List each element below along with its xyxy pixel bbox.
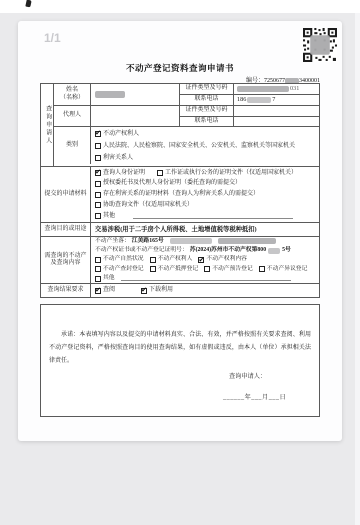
cert-value-suffix: 031: [290, 85, 299, 92]
category-option: ✔ 不动产权利人: [95, 128, 315, 140]
checkbox-checked-icon: ✔: [141, 288, 147, 294]
category-label-cell: 类别: [54, 127, 91, 164]
name-label-line1: 姓名: [66, 87, 78, 94]
checkbox-icon: [95, 276, 101, 282]
material-option: ✔ 查询人身份证明: [95, 168, 145, 179]
location-value: 江美路165号: [132, 237, 164, 246]
cert-no-suffix: 5号: [282, 246, 291, 255]
cert-value-cell: 031: [234, 84, 319, 94]
cert-no-label: 不动产权证书或不动产登记证明号：: [95, 246, 188, 255]
checkbox-checked-icon: ✔: [95, 288, 101, 294]
checkbox-icon: [95, 257, 101, 263]
option-label: 不动产权利人: [103, 128, 139, 140]
agent-phone-value-cell: [234, 117, 319, 127]
result-section: 查询结果要求 ✔ 查阅 ✔ 下载利用: [41, 283, 319, 297]
phone-suffix: 7: [272, 96, 275, 103]
option-label: 其他: [103, 274, 115, 283]
applicant-side-label: 查询申请人: [43, 105, 50, 145]
category-option: 利害关系人: [95, 152, 315, 164]
agent-cert-type-label: 证件类型及号码: [180, 106, 234, 116]
checkbox-icon: [150, 266, 156, 272]
redaction-blur: [95, 91, 125, 98]
category-label: 类别: [66, 142, 78, 149]
checkbox-icon: [95, 202, 101, 208]
checkbox-checked-icon: ✔: [95, 170, 101, 176]
name-label-line2: （名称）: [60, 95, 84, 102]
page-indicator: 1/1: [44, 31, 61, 45]
result-option: ✔ 查阅: [95, 287, 115, 294]
option-label: 利害关系人: [103, 152, 133, 164]
agent-label-cell: 代理人: [54, 106, 91, 126]
date-line: ______年___月___日: [223, 392, 286, 401]
qr-code-icon: [303, 28, 337, 62]
category-row: 类别 ✔ 不动产权利人 人民法院、人民检察院、国家安全机关、公安机关、监察机关等…: [54, 126, 319, 164]
option-label: 人民法院、人民检察院、国家安全机关、公安机关、监察机关等国家机关: [103, 140, 295, 152]
agent-cert-value-cell: [234, 106, 319, 116]
form-table: 查询申请人 姓名 （名称） 证件类型及号码: [40, 83, 320, 298]
checkbox-icon: [95, 266, 101, 272]
option-label: 不动产自然状况: [103, 255, 144, 264]
redaction-blur: [237, 86, 289, 92]
name-row: 姓名 （名称） 证件类型及号码 031: [54, 84, 319, 105]
result-label: 查询结果要求: [41, 284, 91, 297]
phone-label: 联系电话: [180, 95, 234, 105]
checkbox-icon: [95, 143, 101, 149]
query-content-option: ✔ 不动产权利内容: [198, 255, 247, 264]
redaction-blur: [268, 248, 280, 254]
query-content-option: 不动产异议登记: [259, 265, 308, 274]
name-value-cell: [91, 84, 179, 105]
materials-label: 提交的申请材料: [41, 167, 91, 222]
agent-value-cell: [91, 106, 179, 126]
phone-value-cell: 1867: [234, 95, 319, 105]
checkbox-icon: [204, 266, 210, 272]
result-option: ✔ 下载利用: [141, 287, 173, 294]
checkbox-icon: [157, 170, 163, 176]
option-label: 存在利害关系的证明材料（查询人为利害关系人的需提交）: [103, 189, 259, 200]
query-content-option: 不动产自然状况: [95, 255, 144, 264]
material-option: 授权委托书及代理人身份证明（委托查询的需提交）: [95, 178, 241, 189]
agent-label: 代理人: [63, 112, 81, 119]
option-label: 不动产预告登记: [212, 265, 253, 274]
checkbox-icon: [95, 155, 101, 161]
phone-prefix: 186: [237, 96, 246, 103]
checkbox-checked-icon: ✔: [198, 257, 204, 263]
option-label: 不动产权利人: [158, 255, 193, 264]
option-label: 下载利用: [149, 287, 173, 294]
document-page: 1/1 不动产登记资料查询申请书 编号：72506773400001: [18, 21, 342, 441]
category-option: 人民法院、人民检察院、国家安全机关、公安机关、监察机关等国家机关: [95, 140, 315, 152]
signer-label: 查询申请人：: [229, 371, 266, 380]
redaction-blur: [218, 238, 276, 244]
purpose-label: 查询目的或用途: [41, 223, 91, 236]
cert-type-label: 证件类型及号码: [180, 84, 234, 94]
option-label: 不动产查封登记: [103, 265, 144, 274]
material-option: 其他: [95, 211, 115, 222]
materials-section: 提交的申请材料 ✔ 查询人身份证明 工作证或执行公务的证明文件（仅适用国家机关）: [41, 166, 319, 222]
commitment-box: 承诺：本表填写内容以及提交的申请材料真实、合法、有效，并严格按照有关要求查阅、利…: [40, 304, 320, 417]
checkbox-icon: [95, 192, 101, 198]
option-label: 工作证或执行公务的证明文件（仅适用国家机关）: [165, 168, 297, 179]
checkbox-icon: [95, 181, 101, 187]
option-label: 协助查询文件（仅适用国家机关）: [103, 200, 193, 211]
purpose-section: 查询目的或用途 交易涉税(用于二手房个人所得税、土地增值税等税种抵扣): [41, 222, 319, 236]
redaction-blur: [170, 238, 212, 244]
option-label: 不动产异议登记: [267, 265, 308, 274]
blank-underline: [121, 276, 291, 281]
applicant-section: 查询申请人 姓名 （名称） 证件类型及号码: [41, 84, 319, 166]
option-label: 不动产权利内容: [206, 255, 247, 264]
option-label: 查阅: [103, 287, 115, 294]
applicant-side-header: 查询申请人: [41, 84, 54, 166]
option-label: 不动产抵押登记: [158, 265, 199, 274]
checkbox-checked-icon: ✔: [95, 131, 101, 137]
location-label: 不动产坐落：: [95, 237, 130, 246]
redaction-blur: [247, 97, 271, 103]
cert-no-prefix: 苏(2024)苏州市不动产权第800: [190, 246, 266, 255]
checkbox-icon: [259, 266, 265, 272]
query-content-option: 不动产预告登记: [204, 265, 253, 274]
viewer-edge-strip: [355, 13, 360, 525]
checkbox-icon: [150, 257, 156, 263]
top-bar: [0, 0, 360, 13]
material-option: 工作证或执行公务的证明文件（仅适用国家机关）: [157, 168, 297, 179]
option-label: 查询人身份证明: [103, 168, 145, 179]
page-title: 不动产登记资料查询申请书: [18, 62, 342, 74]
option-label: 授权委托书及代理人身份证明（委托查询的需提交）: [103, 178, 241, 189]
property-label: 需查询的不动产及查询内容: [41, 237, 91, 283]
document-viewer[interactable]: 1/1 不动产登记资料查询申请书 编号：72506773400001: [0, 13, 360, 525]
query-content-option: 不动产权利人: [150, 255, 193, 264]
purpose-value: 交易涉税(用于二手房个人所得税、土地增值税等税种抵扣): [91, 223, 319, 236]
query-content-option: 不动产查封登记: [95, 265, 144, 274]
blank-underline: [133, 214, 293, 219]
agent-phone-label: 联系电话: [180, 117, 234, 127]
property-section: 需查询的不动产及查询内容 不动产坐落： 江美路165号 不动产权证书或不动产登记…: [41, 236, 319, 283]
agent-row: 代理人 证件类型及号码 联系电话: [54, 105, 319, 126]
option-label: 其他: [103, 211, 115, 222]
query-content-option: 不动产抵押登记: [150, 265, 199, 274]
material-option: 存在利害关系的证明材料（查询人为利害关系人的需提交）: [95, 189, 259, 200]
commitment-text: 承诺：本表填写内容以及提交的申请材料真实、合法、有效，并严格按照有关要求查阅、利…: [49, 329, 311, 368]
query-content-option: 其他: [95, 274, 115, 283]
checkbox-icon: [95, 213, 101, 219]
name-label-cell: 姓名 （名称）: [54, 84, 91, 105]
material-option: 协助查询文件（仅适用国家机关）: [95, 200, 193, 211]
